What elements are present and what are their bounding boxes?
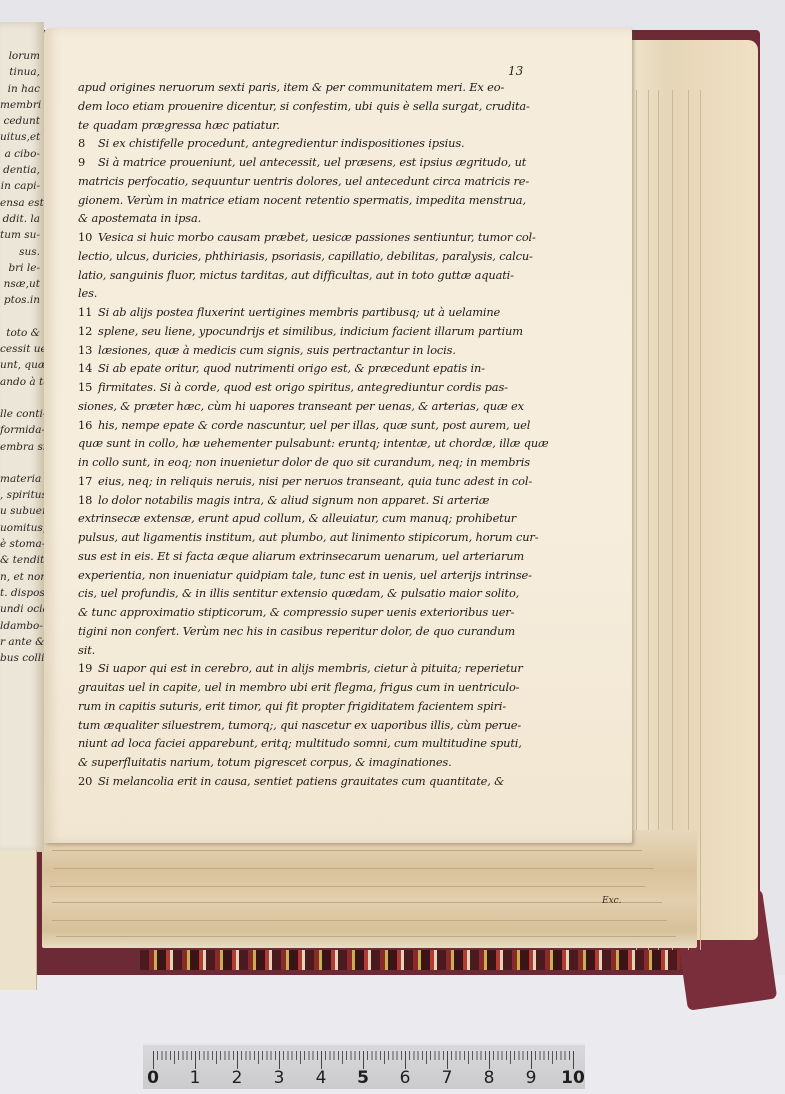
ruler-half-tick: [426, 1051, 427, 1064]
left-page-fragment: cessit uel: [0, 341, 40, 357]
line-text: & superfluitatis narium, totum pigrescet…: [78, 753, 452, 772]
ruler-half-tick: [552, 1051, 553, 1064]
line-text: quæ sunt in collo, hæ uehementer pulsabu…: [78, 434, 549, 453]
text-line: 13læsiones, quæ à medicis cum signis, su…: [78, 341, 566, 360]
paragraph-number: 9: [78, 153, 98, 172]
left-page-fragment: toto &: [0, 325, 40, 341]
text-line: pulsus, aut ligamentis institum, aut plu…: [78, 528, 566, 547]
margin-note: Exc.: [602, 896, 622, 906]
line-text: grauitas uel in capite, uel in membro ub…: [78, 678, 519, 697]
left-page-fragment: uomitus,: [0, 520, 40, 536]
left-page-fragment: bri le-: [0, 260, 40, 276]
text-line: matricis perfocatio, sequuntur uentris d…: [78, 172, 566, 191]
left-page-fragment: ptos.in: [0, 292, 40, 308]
ruler-half-tick: [468, 1051, 469, 1064]
left-page-fragment: , spiritus: [0, 487, 40, 503]
line-text: Si melancolia erit in causa, sentiet pat…: [98, 772, 504, 791]
left-page-fragment: membri: [0, 97, 40, 113]
ruler-label: 8: [484, 1068, 495, 1088]
ruler-major-tick: [237, 1051, 238, 1069]
line-text: Si uapor qui est in cerebro, aut in alij…: [98, 659, 523, 678]
line-text: Si ab alijs postea fluxerint uertigines …: [98, 303, 500, 322]
line-text: experientia, non inueniatur quidpiam tal…: [78, 566, 532, 585]
ruler-label: 9: [526, 1068, 537, 1088]
text-line: 12splene, seu liene, ypocundrijs et simi…: [78, 322, 566, 341]
left-page-fragment: [0, 455, 40, 471]
left-page-fragment: unt, quæ: [0, 357, 40, 373]
ruler-half-tick: [174, 1051, 175, 1064]
scale-ruler: 012345678910: [143, 1043, 585, 1089]
ruler-major-tick: [405, 1051, 406, 1069]
text-line: 17eius, neq; in reliquis neruis, nisi pe…: [78, 472, 566, 491]
ruler-half-tick: [510, 1051, 511, 1064]
left-page-fragment: uitus,et: [0, 129, 40, 145]
ruler-major-tick: [447, 1051, 448, 1069]
ruler-major-tick: [279, 1051, 280, 1069]
line-text: lectio, ulcus, duricies, phthiriasis, ps…: [78, 247, 533, 266]
text-line: 8Si ex chistifelle procedunt, antegredie…: [78, 134, 566, 153]
left-page-fragment: a cibo-: [0, 146, 40, 162]
line-text: niunt ad loca faciei apparebunt, eritq; …: [78, 734, 522, 753]
text-line: 14Si ab epate oritur, quod nutrimenti or…: [78, 359, 566, 378]
book-page: 13 apud origines neruorum sexti paris, i…: [44, 28, 632, 843]
paragraph-number: 17: [78, 472, 98, 491]
ruler-major-tick: [363, 1051, 364, 1069]
line-text: siones, & præter hæc, cùm hi uapores tra…: [78, 397, 524, 416]
left-page-fragment: in hac: [0, 81, 40, 97]
text-line: experientia, non inueniatur quidpiam tal…: [78, 566, 566, 585]
ruler-label: 4: [316, 1068, 327, 1088]
left-page-fragment: r ante &: [0, 634, 40, 650]
left-page-fragment: in capi-: [0, 178, 40, 194]
text-line: 20Si melancolia erit in causa, sentiet p…: [78, 772, 566, 791]
left-page-fragment: u subuer-: [0, 503, 40, 519]
left-page-fragment: ddit. la: [0, 211, 40, 227]
left-page-lower: [0, 850, 37, 990]
line-text: his, nempe epate & corde nascuntur, uel …: [98, 416, 530, 435]
right-page-stack: [628, 40, 758, 940]
text-line: gionem. Verùm in matrice etiam nocent re…: [78, 191, 566, 210]
line-text: sit.: [78, 641, 95, 660]
text-line: rum in capitis suturis, erit timor, qui …: [78, 697, 566, 716]
ruler-half-tick: [216, 1051, 217, 1064]
text-line: grauitas uel in capite, uel in membro ub…: [78, 678, 566, 697]
text-line: in collo sunt, in eoq; non inuenietur do…: [78, 453, 566, 472]
left-page-fragment: embra si-: [0, 439, 40, 455]
line-text: eius, neq; in reliquis neruis, nisi per …: [98, 472, 532, 491]
paragraph-number: 15: [78, 378, 98, 397]
paragraph-number: 11: [78, 303, 98, 322]
text-line: apud origines neruorum sexti paris, item…: [78, 78, 566, 97]
left-page-fragment: sus.: [0, 244, 40, 260]
line-text: in collo sunt, in eoq; non inuenietur do…: [78, 453, 530, 472]
ruler-label: 2: [232, 1068, 243, 1088]
line-text: gionem. Verùm in matrice etiam nocent re…: [78, 191, 526, 210]
left-page-fragment: & tendit: [0, 552, 40, 568]
line-text: tigini non confert. Verùm nec his in cas…: [78, 622, 515, 641]
left-page-fragment: formida-: [0, 422, 40, 438]
line-text: apud origines neruorum sexti paris, item…: [78, 78, 504, 97]
ruler-label: 7: [442, 1068, 453, 1088]
left-page-fragment: undi ocia: [0, 601, 40, 617]
page-stack-bottom: Exc.: [42, 830, 697, 948]
line-text: sus est in eis. Et si facta æque aliarum…: [78, 547, 524, 566]
ruler-major-tick: [195, 1051, 196, 1069]
marbled-edge: [140, 950, 680, 970]
paragraph-number: 10: [78, 228, 98, 247]
ruler-major-tick: [573, 1051, 574, 1069]
paragraph-number: 16: [78, 416, 98, 435]
left-page-fragment: [0, 309, 40, 325]
text-line: 11Si ab alijs postea fluxerint uertigine…: [78, 303, 566, 322]
line-text: pulsus, aut ligamentis institum, aut plu…: [78, 528, 538, 547]
text-line: & tunc approximatio stipticorum, & compr…: [78, 603, 566, 622]
paragraph-number: 19: [78, 659, 98, 678]
text-line: latio, sanguinis fluor, mictus tarditas,…: [78, 266, 566, 285]
text-line: tigini non confert. Verùm nec his in cas…: [78, 622, 566, 641]
page-number: 13: [508, 64, 523, 78]
text-line: sus est in eis. Et si facta æque aliarum…: [78, 547, 566, 566]
text-line: les.: [78, 284, 566, 303]
line-text: Si à matrice proueniunt, uel antecessit,…: [98, 153, 526, 172]
paragraph-number: 8: [78, 134, 98, 153]
left-page-fragment: ensa est: [0, 195, 40, 211]
line-text: te quadam prægressa hæc patiatur.: [78, 116, 280, 135]
text-line: 16his, nempe epate & corde nascuntur, ue…: [78, 416, 566, 435]
ruler-half-tick: [300, 1051, 301, 1064]
ruler-label: 3: [274, 1068, 285, 1088]
line-text: tum æqualiter siluestrem, tumorq;, qui n…: [78, 716, 521, 735]
text-line: lectio, ulcus, duricies, phthiriasis, ps…: [78, 247, 566, 266]
left-page-fragment: tum su-: [0, 227, 40, 243]
text-line: 18lo dolor notabilis magis intra, & aliu…: [78, 491, 566, 510]
left-page-fragment: materia in: [0, 471, 40, 487]
ruler-half-tick: [384, 1051, 385, 1064]
text-line: 15firmitates. Si à corde, quod est origo…: [78, 378, 566, 397]
left-page-fragment: ando à to: [0, 374, 40, 390]
line-text: les.: [78, 284, 97, 303]
line-text: Vesica si huic morbo causam præbet, uesi…: [98, 228, 536, 247]
ruler-label: 5: [357, 1068, 369, 1088]
left-page-fragment: lorum: [0, 48, 40, 64]
left-page-fragment: nsæ,ut: [0, 276, 40, 292]
line-text: dem loco etiam prouenire dicentur, si co…: [78, 97, 530, 116]
line-text: matricis perfocatio, sequuntur uentris d…: [78, 172, 529, 191]
text-line: 9Si à matrice proueniunt, uel antecessit…: [78, 153, 566, 172]
left-page-fragment: ldambo-: [0, 618, 40, 634]
line-text: firmitates. Si à corde, quod est origo s…: [98, 378, 508, 397]
paragraph-number: 12: [78, 322, 98, 341]
text-line: cis, uel profundis, & in illis sentitur …: [78, 584, 566, 603]
ruler-label: 0: [147, 1068, 159, 1088]
line-text: Si ab epate oritur, quod nutrimenti orig…: [98, 359, 485, 378]
left-page-text: lorumtinua,in hacmembriceduntuitus,eta c…: [0, 48, 44, 666]
line-text: splene, seu liene, ypocundrijs et simili…: [98, 322, 523, 341]
ruler-major-tick: [531, 1051, 532, 1069]
text-line: sit.: [78, 641, 566, 660]
text-line: extrinsecæ extensæ, erunt apud collum, &…: [78, 509, 566, 528]
ruler-label: 10: [561, 1068, 585, 1088]
line-text: & tunc approximatio stipticorum, & compr…: [78, 603, 514, 622]
line-text: læsiones, quæ à medicis cum signis, suis…: [98, 341, 456, 360]
left-page-fragment: bus colli: [0, 650, 40, 666]
text-line: quæ sunt in collo, hæ uehementer pulsabu…: [78, 434, 566, 453]
ruler-half-tick: [342, 1051, 343, 1064]
left-page-fragment: t. disposi-: [0, 585, 40, 601]
left-page-fragment: lle conti-: [0, 406, 40, 422]
text-line: tum æqualiter siluestrem, tumorq;, qui n…: [78, 716, 566, 735]
line-text: extrinsecæ extensæ, erunt apud collum, &…: [78, 509, 516, 528]
ruler-half-tick: [258, 1051, 259, 1064]
left-page-fragment: n, et non: [0, 569, 40, 585]
paragraph-number: 20: [78, 772, 98, 791]
line-text: Si ex chistifelle procedunt, antegredien…: [98, 134, 465, 153]
paragraph-number: 13: [78, 341, 98, 360]
left-page-fragment: [0, 390, 40, 406]
ruler-major-tick: [153, 1051, 154, 1069]
ruler-label: 6: [400, 1068, 411, 1088]
line-text: lo dolor notabilis magis intra, & aliud …: [98, 491, 489, 510]
text-line: te quadam prægressa hæc patiatur.: [78, 116, 566, 135]
ruler-major-tick: [321, 1051, 322, 1069]
line-text: latio, sanguinis fluor, mictus tarditas,…: [78, 266, 514, 285]
line-text: rum in capitis suturis, erit timor, qui …: [78, 697, 506, 716]
left-page-fragment: dentia,: [0, 162, 40, 178]
page-text: apud origines neruorum sexti paris, item…: [78, 78, 566, 791]
text-line: siones, & præter hæc, cùm hi uapores tra…: [78, 397, 566, 416]
paragraph-number: 14: [78, 359, 98, 378]
text-line: dem loco etiam prouenire dicentur, si co…: [78, 97, 566, 116]
text-line: 10Vesica si huic morbo causam præbet, ue…: [78, 228, 566, 247]
line-text: cis, uel profundis, & in illis sentitur …: [78, 584, 519, 603]
line-text: & apostemata in ipsa.: [78, 209, 201, 228]
text-line: & apostemata in ipsa.: [78, 209, 566, 228]
ruler-label: 1: [190, 1068, 201, 1088]
left-page-fragment: tinua,: [0, 64, 40, 80]
text-line: niunt ad loca faciei apparebunt, eritq; …: [78, 734, 566, 753]
left-page-fragment: è stoma-: [0, 536, 40, 552]
paragraph-number: 18: [78, 491, 98, 510]
text-line: & superfluitatis narium, totum pigrescet…: [78, 753, 566, 772]
text-line: 19Si uapor qui est in cerebro, aut in al…: [78, 659, 566, 678]
left-page-fragment: cedunt: [0, 113, 40, 129]
ruler-major-tick: [489, 1051, 490, 1069]
